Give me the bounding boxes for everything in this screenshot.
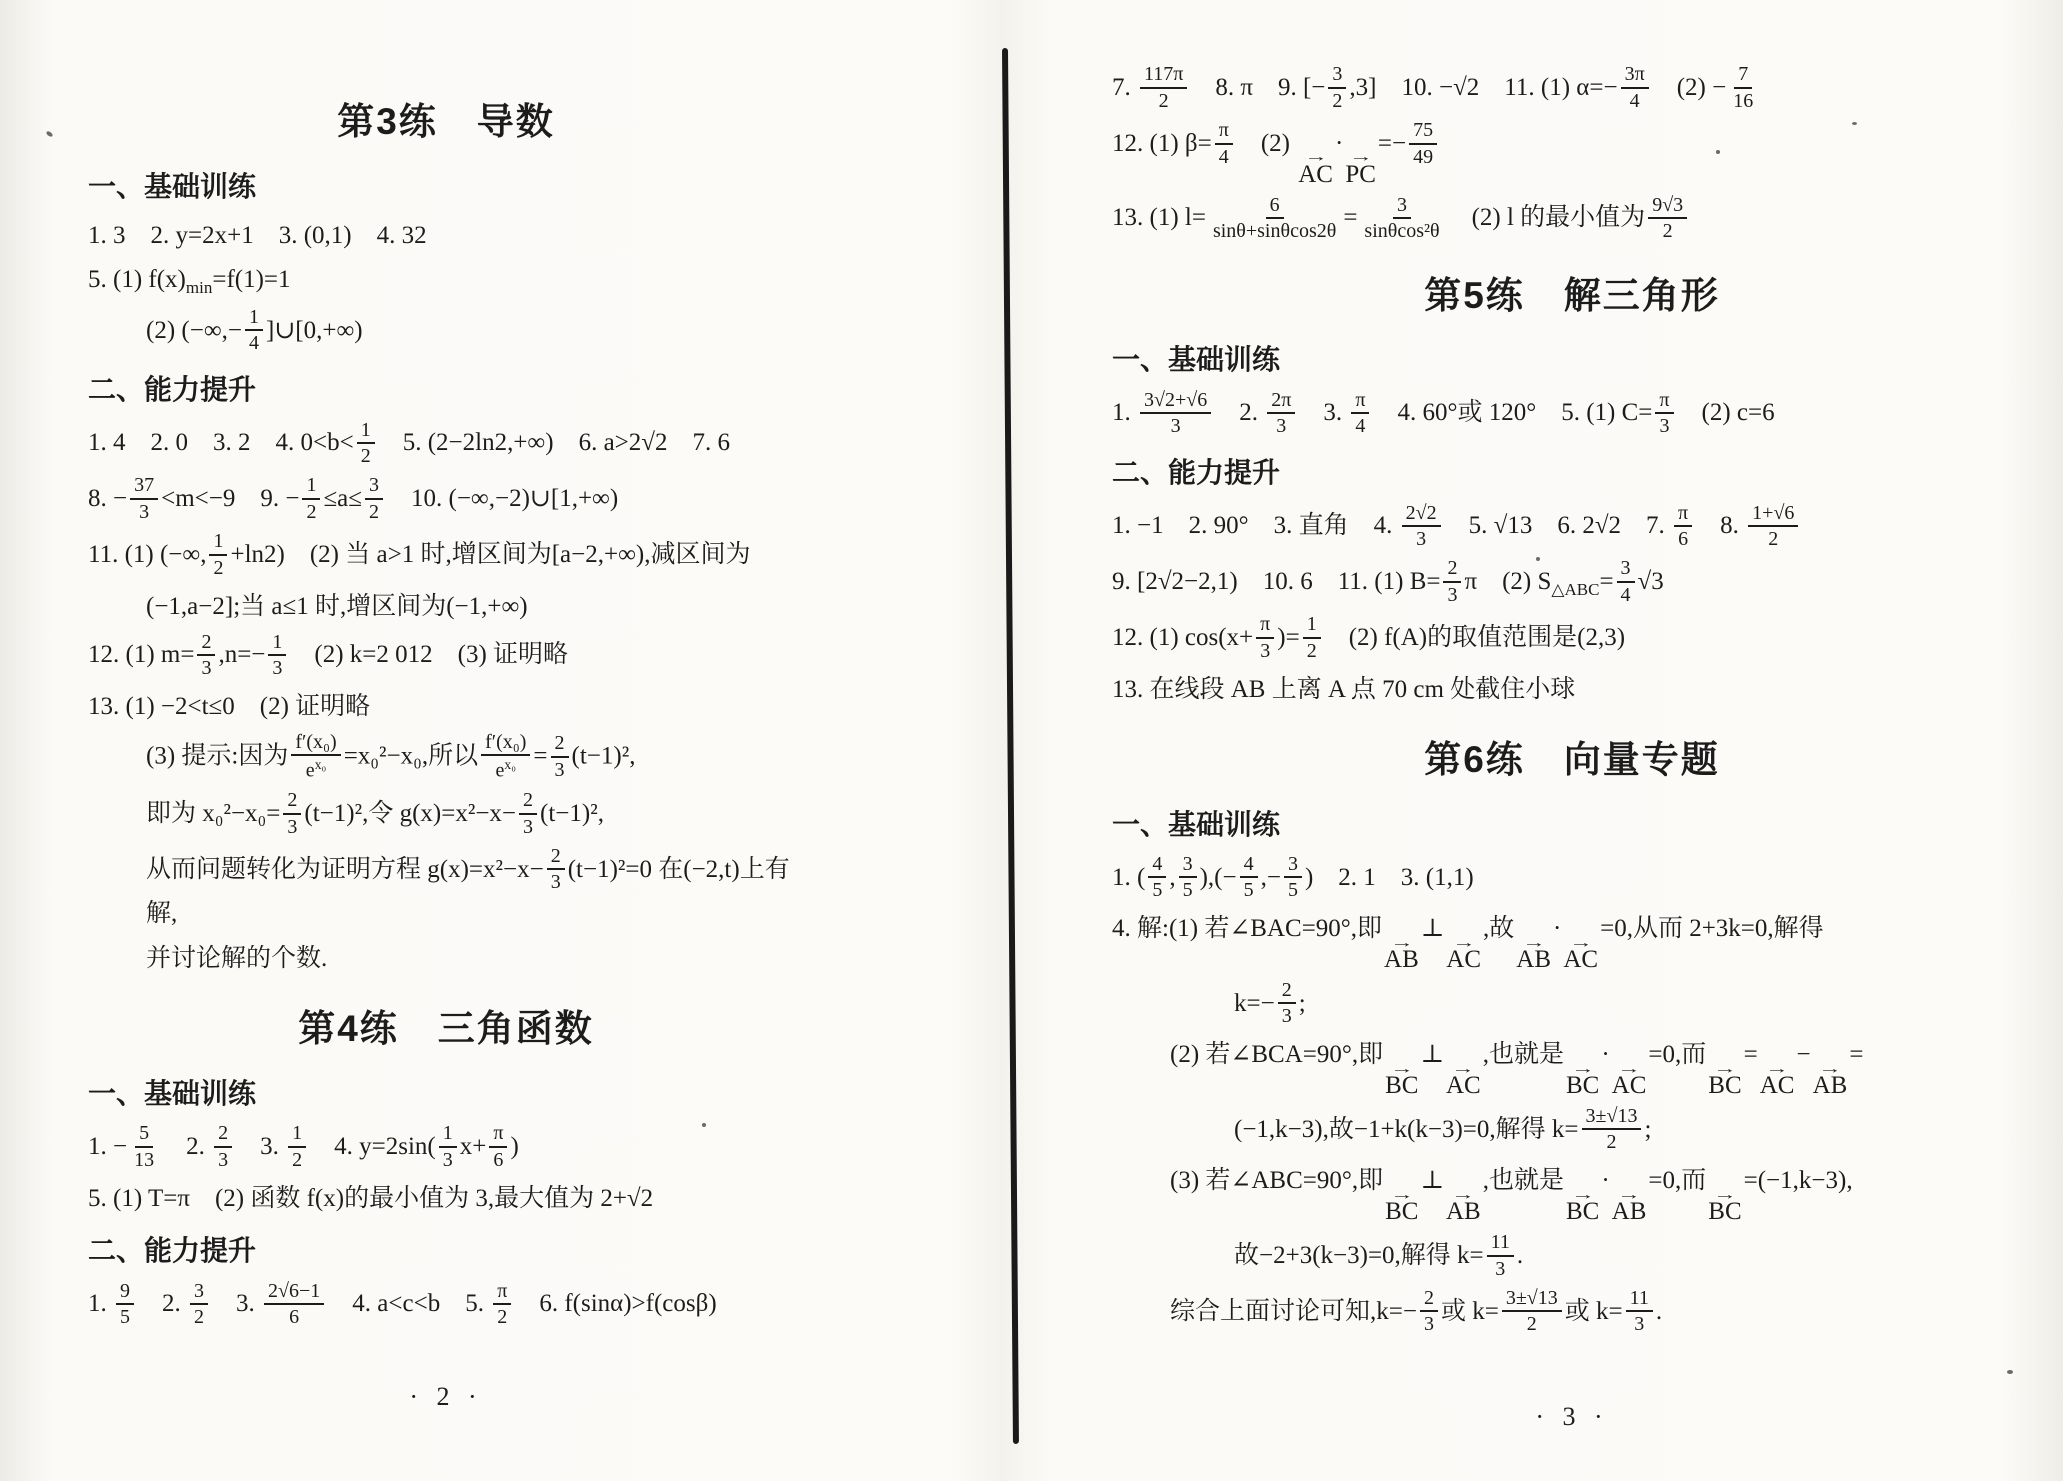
page-number-right: · 3 · [1112,1402,2032,1432]
fraction: 2π3 [1267,389,1295,438]
vector-arrow-icon: → [1304,153,1327,162]
vector-arrow-icon: → [1390,1065,1413,1074]
fraction: 12 [209,530,227,579]
fraction: 45 [1148,853,1166,902]
vector-arrow-icon: → [1390,939,1413,948]
scan-speck [1716,150,1720,154]
fraction: 32 [365,474,383,523]
fraction: π4 [1351,389,1369,438]
fraction: 3sinθcos²θ [1360,194,1443,243]
section-heading: 一、基础训练 [88,166,804,208]
exercise-title: 第3练 导数 [88,94,804,150]
vector-arrow-notation: →AB [1813,1065,1848,1100]
answer-line: (−1,k−3),故−1+k(k−3)=0,解得 k=3±√132; [1112,1107,2032,1156]
answer-line: 1. (45,35),(−45,−35) 2. 1 3. (1,1) [1112,855,2032,904]
fraction: π3 [1655,389,1673,438]
page-number-left: · 2 · [88,1382,804,1412]
answer-line: 12. (1) β=π4 (2) →AC·→PC=−7549 [1112,121,2032,188]
sup-script: x₀ [315,757,327,772]
fraction: π4 [1215,119,1233,168]
answer-line: 1. 3 2. y=2x+1 3. (0,1) 4. 32 [88,217,804,255]
section-heading: 一、基础训练 [1112,339,2032,381]
answer-line: 综合上面讨论可知,k=−23或 k=3±√132或 k=113. [1112,1289,2032,1338]
fraction: 3π4 [1621,63,1649,112]
fraction: 23 [197,631,215,680]
fraction: 3±√132 [1582,1105,1642,1154]
fraction: 35 [1284,853,1302,902]
vector-arrow-icon: → [1349,153,1372,162]
fraction: 23 [283,789,301,838]
answer-line: 5. (1) T=π (2) 函数 f(x)的最小值为 3,最大值为 2+√2 [88,1180,804,1218]
vector-arrow-notation: →AC [1760,1065,1795,1100]
fraction: 2√23 [1402,502,1441,551]
fraction: 373 [130,474,158,523]
fraction: 12 [1303,613,1321,662]
fraction: 23 [214,1122,232,1171]
fraction: 12 [288,1122,306,1171]
fraction: f′(x₀)ex₀ [291,731,340,782]
fraction: 113 [1487,1231,1514,1280]
fraction: 2√6−16 [264,1280,324,1329]
vector-arrow-notation: →AC [1298,153,1333,188]
answer-line: (2) 若∠BCA=90°,即→BC⊥→AC,也就是→BC·→AC=0,而→BC… [1112,1036,2032,1099]
section-heading: 一、基础训练 [88,1073,804,1115]
vector-arrow-notation: →BC [1708,1065,1741,1100]
vector-arrow-notation: →BC [1385,1065,1418,1100]
answer-line: 13. (1) −2<t≤0 (2) 证明略 [88,688,804,726]
vector-arrow-icon: → [1522,939,1545,948]
fraction: 9√32 [1648,194,1687,243]
fraction: 12 [357,419,375,468]
left-page: 第3练 导数一、基础训练1. 3 2. y=2x+1 3. (0,1) 4. 3… [88,70,804,1337]
fraction: 3√2+√63 [1140,389,1211,438]
fraction: 117π2 [1140,63,1187,112]
answer-line: 1. 95 2. 32 3. 2√6−16 4. a<c<b 5. π2 6. … [88,1281,804,1330]
answer-line: 9. [2√2−2,1) 10. 6 11. (1) B=23π (2) S△A… [1112,559,2032,608]
fraction: π3 [1256,613,1274,662]
fraction: 32 [190,1280,208,1329]
fraction: 23 [1420,1287,1438,1336]
vector-arrow-icon: → [1818,1065,1841,1074]
exercise-title: 第6练 向量专题 [1112,732,2032,788]
fraction: π2 [493,1280,511,1329]
answer-line: 从而问题转化为证明方程 g(x)=x²−x−23(t−1)²=0 在(−2,t)… [88,847,804,933]
fraction: 3±√132 [1502,1287,1562,1336]
fraction: 23 [1278,979,1296,1028]
section-heading: 一、基础训练 [1112,804,2032,846]
answer-line: (3) 提示:因为f′(x₀)ex₀=x₀²−x₀,所以f′(x₀)ex₀=23… [88,732,804,783]
scan-speck [1852,122,1857,125]
fraction: 23 [1443,557,1461,606]
vector-arrow-icon: → [1571,1191,1594,1200]
right-page: 7. 117π2 8. π 9. [−32,3] 10. −√2 11. (1)… [1112,58,2032,1344]
vector-arrow-icon: → [1452,1191,1475,1200]
answer-line: 13. 在线段 AB 上离 A 点 70 cm 处截住小球 [1112,671,2032,709]
vector-arrow-notation: →AC [1446,939,1481,974]
fraction: 6sinθ+sinθcos2θ [1209,194,1340,243]
vector-arrow-notation: →AC [1446,1065,1481,1100]
fraction: 12 [302,474,320,523]
vector-arrow-icon: → [1617,1191,1640,1200]
vector-arrow-notation: →BC [1708,1191,1741,1226]
fraction: 32 [1328,63,1346,112]
exercise-title: 第5练 解三角形 [1112,268,2032,324]
fraction: 7549 [1409,119,1437,168]
section-heading: 二、能力提升 [1112,452,2032,494]
answer-line: 12. (1) m=23,n=−13 (2) k=2 012 (3) 证明略 [88,632,804,681]
vector-arrow-icon: → [1452,1065,1475,1074]
fraction: 14 [245,306,263,355]
answer-line: 8. −373<m<−9 9. −12≤a≤32 10. (−∞,−2)∪[1,… [88,476,804,525]
fraction: 95 [116,1280,134,1329]
vector-arrow-icon: → [1713,1065,1736,1074]
vector-arrow-icon: → [1713,1191,1736,1200]
section-heading: 二、能力提升 [88,369,804,411]
fraction: 45 [1240,853,1258,902]
vector-arrow-icon: → [1617,1065,1640,1074]
answer-line: 5. (1) f(x)min=f(1)=1 [88,261,804,301]
vector-arrow-notation: →PC [1345,153,1376,188]
vector-arrow-notation: →AB [1516,939,1551,974]
answer-line: 故−2+3(k−3)=0,解得 k=113. [1112,1233,2032,1282]
fraction: π6 [1674,502,1692,551]
answer-line: 1. −513 2. 23 3. 12 4. y=2sin(13x+π6) [88,1124,804,1173]
answer-line: 7. 117π2 8. π 9. [−32,3] 10. −√2 11. (1)… [1112,65,2032,114]
vector-arrow-notation: →AB [1446,1191,1481,1226]
fraction: 13 [439,1122,457,1171]
section-heading: 二、能力提升 [88,1230,804,1272]
vector-arrow-notation: →AB [1384,939,1419,974]
answer-line: 即为 x₀²−x₀=23(t−1)²,令 g(x)=x²−x−23(t−1)², [88,791,804,840]
fraction: 23 [551,732,569,781]
fraction: 1+√62 [1748,502,1798,551]
fraction: π6 [489,1122,507,1171]
answer-line: 11. (1) (−∞,12+ln2) (2) 当 a>1 时,增区间为[a−2… [88,532,804,581]
answer-line: (3) 若∠ABC=90°,即→BC⊥→AB,也就是→BC·→AB=0,而→BC… [1112,1162,2032,1225]
vector-arrow-notation: →BC [1566,1065,1599,1100]
answer-line: 13. (1) l=6sinθ+sinθcos2θ=3sinθcos²θ (2)… [1112,195,2032,244]
answer-line: 1. 3√2+√63 2. 2π3 3. π4 4. 60°或 120° 5. … [1112,390,2032,439]
scan-speck [45,130,53,137]
vector-arrow-icon: → [1390,1191,1413,1200]
sub-script: △ABC [1551,580,1599,599]
fraction: 23 [547,845,565,894]
fraction: 513 [130,1122,158,1171]
fraction: 113 [1626,1287,1653,1336]
vector-arrow-icon: → [1571,1065,1594,1074]
vector-arrow-notation: →BC [1566,1191,1599,1226]
vector-arrow-icon: → [1765,1065,1788,1074]
answer-line: 1. 4 2. 0 3. 2 4. 0<b<12 5. (2−2ln2,+∞) … [88,420,804,469]
vector-arrow-notation: →AB [1612,1191,1647,1226]
answer-line: (2) (−∞,−14]∪[0,+∞) [88,308,804,357]
vector-arrow-notation: →AC [1612,1065,1647,1100]
fraction: 23 [519,789,537,838]
fraction: 35 [1179,853,1197,902]
sub-script: min [186,278,212,297]
vector-arrow-notation: →AC [1563,939,1598,974]
fraction: f′(x₀)ex₀ [481,731,530,782]
fraction: 716 [1729,63,1757,112]
scan-speck [702,1123,706,1127]
scan-speck [2007,1370,2013,1374]
answer-line: (−1,a−2];当 a≤1 时,增区间为(−1,+∞) [88,588,804,626]
fraction: 13 [268,631,286,680]
fraction: 34 [1617,557,1635,606]
answer-line: k=−23; [1112,981,2032,1030]
answer-line: 并讨论解的个数. [88,940,804,978]
scan-speck [1536,557,1540,561]
vector-arrow-notation: →BC [1385,1191,1418,1226]
binding-line [1002,48,1019,1444]
vector-arrow-icon: → [1569,939,1592,948]
answer-line: 4. 解:(1) 若∠BAC=90°,即→AB⊥→AC,故→AB·→AC=0,从… [1112,910,2032,973]
vector-arrow-icon: → [1452,939,1475,948]
answer-line: 12. (1) cos(x+π3)=12 (2) f(A)的取值范围是(2,3) [1112,615,2032,664]
sup-script: x₀ [504,757,516,772]
exercise-title: 第4练 三角函数 [88,1001,804,1057]
answer-line: 1. −1 2. 90° 3. 直角 4. 2√23 5. √13 6. 2√2… [1112,503,2032,552]
